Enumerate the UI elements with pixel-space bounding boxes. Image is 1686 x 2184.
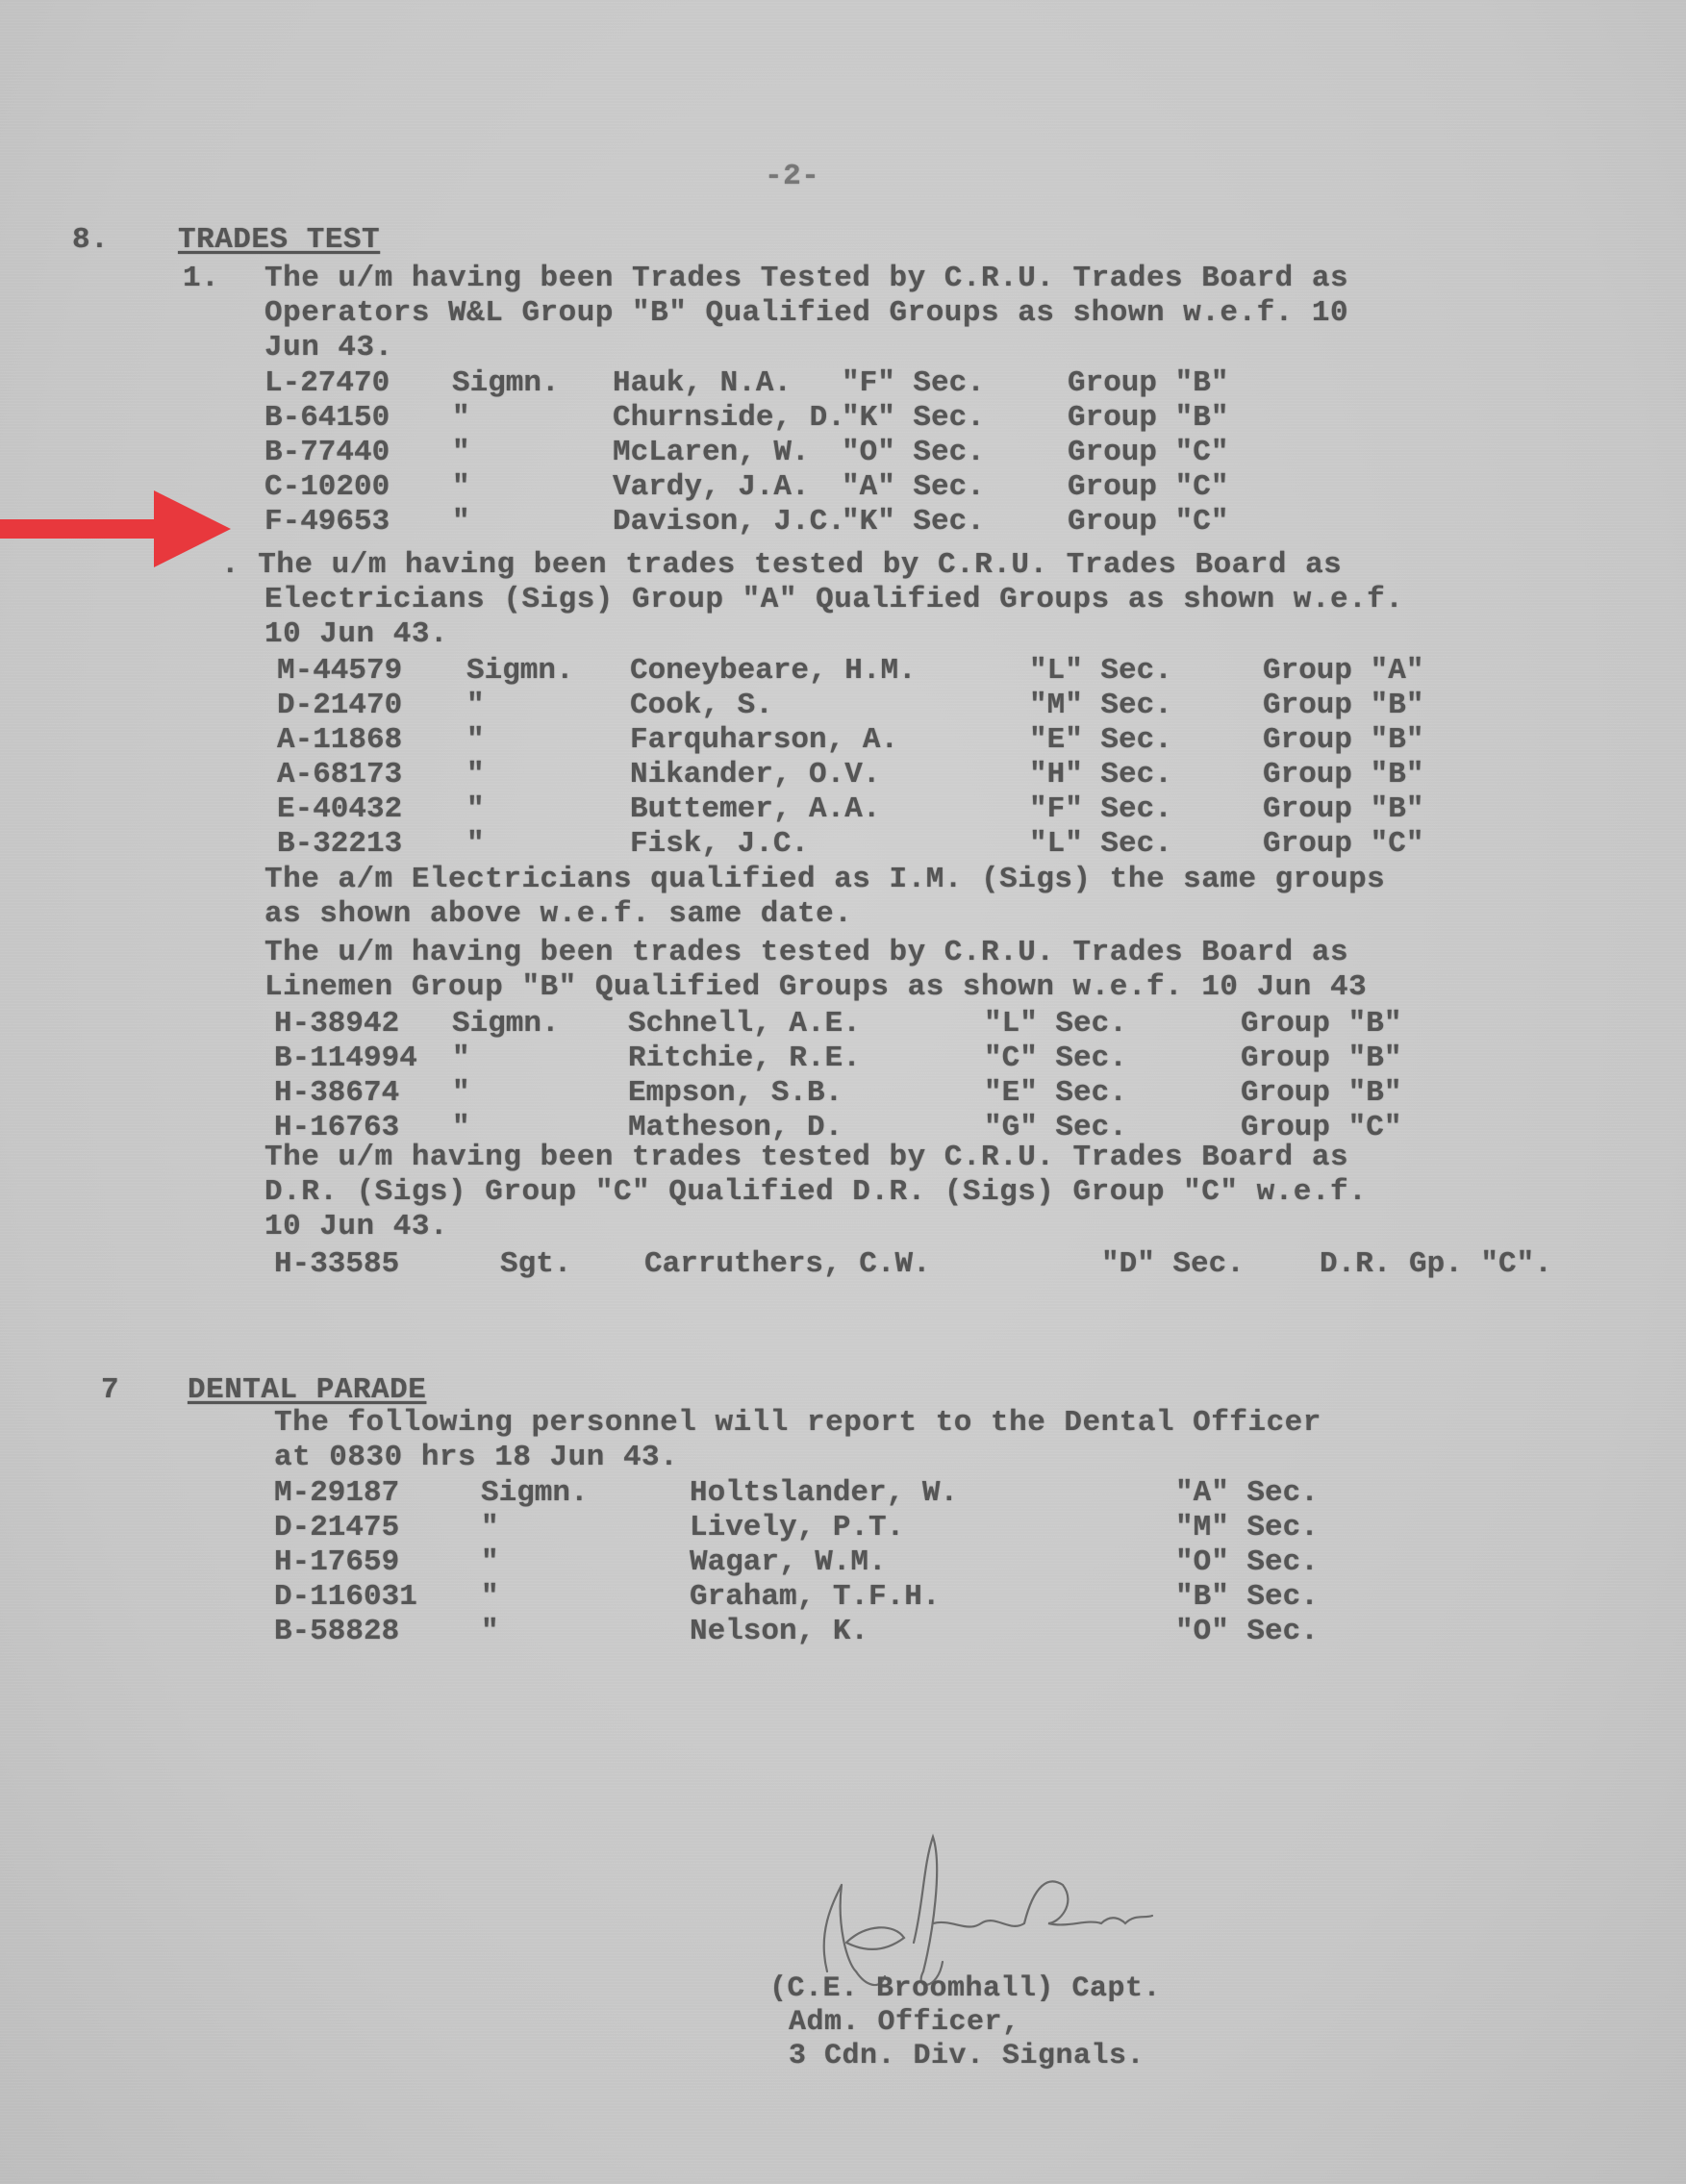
cell-name: Holtslander, W. <box>690 1476 958 1511</box>
signatory-name: (C.E. Broomhall) Capt. <box>769 1971 1161 2006</box>
cell-group: Group "C" <box>1068 436 1228 470</box>
linemen-intro-line: The u/m having been trades tested by C.R… <box>264 936 1348 970</box>
cell-sec: "D" Sec. <box>1101 1247 1245 1282</box>
cell-group: Group "C" <box>1068 470 1228 505</box>
cell-name: Schnell, A.E. <box>628 1007 861 1042</box>
cell-rank: Sigmn. <box>452 1007 560 1042</box>
cell-sec: "H" Sec. <box>1029 758 1172 792</box>
cell-name: Ritchie, R.E. <box>628 1042 861 1076</box>
cell-group: Group "B" <box>1263 689 1423 723</box>
cell-sec: "L" Sec. <box>1029 827 1172 862</box>
cell-name: Farquharson, A. <box>630 723 898 758</box>
cell-id: B-64150 <box>264 401 390 436</box>
cell-sec: "O" Sec. <box>842 436 985 470</box>
cell-group: Group "B" <box>1068 401 1228 436</box>
cell-group: Group "B" <box>1263 723 1423 758</box>
cell-sec: "E" Sec. <box>1029 723 1172 758</box>
cell-rank: " <box>452 436 470 470</box>
cell-id: E-40432 <box>277 792 402 827</box>
cell-id: D-21475 <box>274 1511 399 1545</box>
cell-name: Empson, S.B. <box>628 1076 843 1111</box>
cell-id: L-27470 <box>264 366 390 401</box>
dental-intro-line: The following personnel will report to t… <box>274 1406 1321 1441</box>
cell-sec: "K" Sec. <box>842 401 985 436</box>
cell-group: Group "B" <box>1241 1042 1401 1076</box>
cell-name: Fisk, J.C. <box>630 827 809 862</box>
electricians-intro-line: Electricians (Sigs) Group "A" Qualified … <box>264 583 1403 617</box>
section-heading-trades-test: TRADES TEST <box>178 223 380 258</box>
cell-id: M-29187 <box>274 1476 399 1511</box>
cell-group: Group "C" <box>1263 827 1423 862</box>
cell-id: H-33585 <box>274 1247 399 1282</box>
cell-rank: " <box>466 758 485 792</box>
cell-id: A-11868 <box>277 723 402 758</box>
cell-rank: " <box>481 1545 499 1580</box>
cell-group: Group "B" <box>1241 1076 1401 1111</box>
section-number-trades-test: 8. <box>72 223 109 258</box>
cell-id: H-38942 <box>274 1007 399 1042</box>
cell-name: Vardy, J.A. <box>613 470 810 505</box>
cell-name: Graham, T.F.H. <box>690 1580 940 1615</box>
cell-sec: "B" Sec. <box>1175 1580 1319 1615</box>
cell-sec: "L" Sec. <box>984 1007 1127 1042</box>
operators-intro-line: Operators W&L Group "B" Qualified Groups… <box>264 296 1348 331</box>
cell-id: B-32213 <box>277 827 402 862</box>
cell-rank: " <box>452 401 470 436</box>
cell-rank: Sgt. <box>500 1247 571 1282</box>
cell-group: Group "A" <box>1263 654 1423 689</box>
electricians-intro-line: . The u/m having been trades tested by C… <box>221 548 1342 583</box>
dr-intro-line: D.R. (Sigs) Group "C" Qualified D.R. (Si… <box>264 1175 1367 1210</box>
cell-sec: "O" Sec. <box>1175 1545 1319 1580</box>
cell-sec: "F" Sec. <box>1029 792 1172 827</box>
cell-id: H-17659 <box>274 1545 399 1580</box>
cell-sec: "E" Sec. <box>984 1076 1127 1111</box>
cell-id: H-38674 <box>274 1076 399 1111</box>
cell-name: Cook, S. <box>630 689 773 723</box>
cell-rank: " <box>452 1076 470 1111</box>
dental-intro-line: at 0830 hrs 18 Jun 43. <box>274 1441 678 1475</box>
cell-id: B-114994 <box>274 1042 417 1076</box>
subsection-number: 1. <box>183 262 219 296</box>
dr-intro-line: 10 Jun 43. <box>264 1210 448 1244</box>
cell-id: D-116031 <box>274 1580 417 1615</box>
cell-group: D.R. Gp. "C". <box>1320 1247 1552 1282</box>
cell-name: Carruthers, C.W. <box>644 1247 931 1282</box>
cell-sec: "C" Sec. <box>984 1042 1127 1076</box>
signatory-unit: 3 Cdn. Div. Signals. <box>789 2039 1145 2073</box>
cell-id: B-77440 <box>264 436 390 470</box>
cell-sec: "A" Sec. <box>842 470 985 505</box>
dr-intro-line: The u/m having been trades tested by C.R… <box>264 1141 1348 1175</box>
cell-rank: " <box>452 1042 470 1076</box>
cell-id: C-10200 <box>264 470 390 505</box>
operators-intro-line: The u/m having been Trades Tested by C.R… <box>264 262 1348 296</box>
electricians-note-line: as shown above w.e.f. same date. <box>264 897 852 932</box>
cell-group: Group "B" <box>1068 366 1228 401</box>
cell-name: Nelson, K. <box>690 1615 868 1649</box>
cell-rank: " <box>466 827 485 862</box>
cell-group: Group "B" <box>1263 758 1423 792</box>
cell-rank: " <box>452 505 470 540</box>
cell-id: F-49653 <box>264 505 390 540</box>
cell-name: Davison, J.C. <box>613 505 845 540</box>
electricians-note-line: The a/m Electricians qualified as I.M. (… <box>264 863 1385 897</box>
cell-rank: Sigmn. <box>466 654 574 689</box>
cell-group: Group "B" <box>1263 792 1423 827</box>
cell-rank: Sigmn. <box>481 1476 589 1511</box>
electricians-intro-line: 10 Jun 43. <box>264 617 448 652</box>
cell-sec: "O" Sec. <box>1175 1615 1319 1649</box>
red-arrow-icon <box>0 490 231 567</box>
cell-rank: " <box>452 470 470 505</box>
cell-id: D-21470 <box>277 689 402 723</box>
cell-group: Group "C" <box>1068 505 1228 540</box>
cell-group: Group "B" <box>1241 1007 1401 1042</box>
cell-rank: " <box>466 689 485 723</box>
cell-name: Lively, P.T. <box>690 1511 904 1545</box>
cell-name: Nikander, O.V. <box>630 758 880 792</box>
operators-intro-line: Jun 43. <box>264 331 393 365</box>
cell-rank: Sigmn. <box>452 366 560 401</box>
cell-sec: "F" Sec. <box>842 366 985 401</box>
page-number: -2- <box>765 160 819 194</box>
cell-id: B-58828 <box>274 1615 399 1649</box>
section-heading-dental-parade: DENTAL PARADE <box>188 1373 426 1408</box>
cell-name: Churnside, D. <box>613 401 845 436</box>
cell-id: A-68173 <box>277 758 402 792</box>
cell-rank: " <box>481 1615 499 1649</box>
cell-sec: "M" Sec. <box>1175 1511 1319 1545</box>
cell-sec: "L" Sec. <box>1029 654 1172 689</box>
cell-name: Coneybeare, H.M. <box>630 654 917 689</box>
cell-rank: " <box>466 792 485 827</box>
cell-sec: "A" Sec. <box>1175 1476 1319 1511</box>
cell-id: M-44579 <box>277 654 402 689</box>
cell-name: Hauk, N.A. <box>613 366 792 401</box>
cell-name: McLaren, W. <box>613 436 810 470</box>
cell-rank: " <box>481 1511 499 1545</box>
cell-sec: "M" Sec. <box>1029 689 1172 723</box>
cell-name: Buttemer, A.A. <box>630 792 880 827</box>
cell-rank: " <box>481 1580 499 1615</box>
cell-rank: " <box>466 723 485 758</box>
signatory-title: Adm. Officer, <box>789 2005 1020 2040</box>
section-number-dental-parade: 7 <box>101 1373 119 1408</box>
linemen-intro-line: Linemen Group "B" Qualified Groups as sh… <box>264 970 1367 1005</box>
cell-sec: "K" Sec. <box>842 505 985 540</box>
cell-name: Wagar, W.M. <box>690 1545 887 1580</box>
